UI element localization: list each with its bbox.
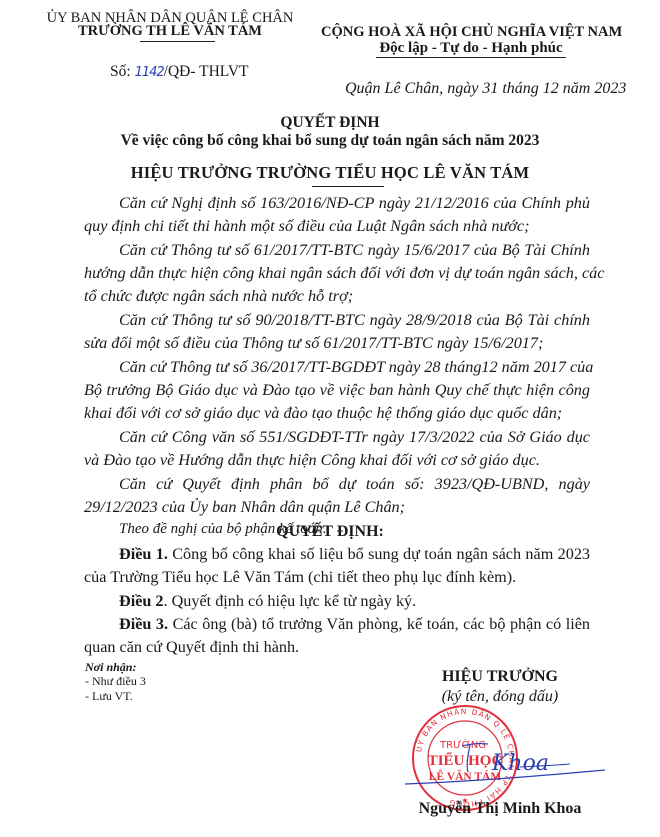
article-2: Điều 2. Quyết định có hiệu lực kể từ ngà… [119, 592, 416, 611]
header-right-underline [376, 57, 566, 58]
article-3-continued: quan căn cứ Quyết định thi hành. [84, 638, 299, 657]
basis-line: 29/12/2023 của Ủy ban Nhân dân quận Lê C… [84, 498, 405, 517]
signer-title: HIỆU TRƯỞNG [380, 668, 620, 686]
basis-line: hướng dẫn thực hiện công khai ngân sách … [84, 264, 590, 283]
handwritten-number: 1142 [135, 65, 164, 80]
article-text: Công bố công khai số liệu bổ sung dự toá… [168, 545, 590, 563]
document-number-suffix: /QĐ- THLVT [164, 63, 249, 80]
recipient-item: - Như điều 3 [85, 674, 146, 689]
handwritten-signature-icon: Khoa [400, 740, 610, 800]
article-text: . Quyết định có hiệu lực kể từ ngày ký. [164, 592, 417, 610]
article-label: Điều 3. [119, 615, 168, 633]
place-and-date: Quận Lê Chân, ngày 31 tháng 12 năm 2023 [345, 80, 626, 98]
document-subject: Về việc công bố công khai bổ sung dự toá… [0, 132, 660, 150]
signer-name: Nguyễn Thị Minh Khoa [380, 800, 620, 818]
article-label: Điều 1. [119, 545, 168, 563]
national-motto: Độc lập - Tự do - Hạnh phúc [321, 40, 621, 57]
basis-line: và Đào tạo về Hướng dẫn thực hiện Công k… [84, 451, 540, 470]
basis-line: Căn cứ Thông tư số 36/2017/TT-BGDĐT ngày… [119, 358, 590, 377]
basis-line: Bộ trưởng Bộ Giáo dục và Đào tạo về việc… [84, 381, 590, 400]
national-title: CỘNG HOÀ XÃ HỘI CHỦ NGHĨA VIỆT NAM [321, 24, 621, 41]
article-label: Điều 2 [119, 592, 164, 610]
basis-line: Căn cứ Nghị định số 163/2016/NĐ-CP ngày … [119, 194, 590, 213]
basis-line: sửa đổi một số điều của Thông tư số 61/2… [84, 334, 543, 353]
recipient-item: - Lưu VT. [85, 689, 133, 704]
issuing-position: HIỆU TRƯỞNG TRƯỜNG TIỂU HỌC LÊ VĂN TÁM [0, 163, 660, 183]
article-text: Các ông (bà) tổ trưởng Văn phòng, kế toá… [168, 615, 590, 633]
article-1: Điều 1. Công bố công khai số liệu bổ sun… [119, 545, 590, 564]
school-name: TRƯỜNG TH LÊ VĂN TÁM [40, 23, 300, 40]
document-number: Số: 1142/QĐ- THLVT [110, 63, 248, 81]
recipients-label: Nơi nhận: [85, 660, 136, 675]
basis-line: Căn cứ Công văn số 551/SGDĐT-TTr ngày 17… [119, 428, 590, 447]
signature-text: Khoa [491, 751, 549, 776]
document-title: QUYẾT ĐỊNH [0, 114, 660, 132]
document-number-prefix: Số: [110, 63, 135, 80]
basis-line: Căn cứ Thông tư số 90/2018/TT-BTC ngày 2… [119, 311, 590, 330]
basis-line: Căn cứ Thông tư số 61/2017/TT-BTC ngày 1… [119, 241, 590, 260]
basis-line: quy định chi tiết thi hành một số điều c… [84, 217, 530, 236]
basis-line: khai đối với cơ sở giáo dục và đào tạo t… [84, 404, 562, 423]
authority-underline [312, 186, 384, 187]
basis-line: Căn cứ Quyết định phân bổ dự toán số: 39… [119, 475, 590, 494]
header-left-underline [140, 41, 215, 42]
decision-heading: QUYẾT ĐỊNH: [0, 523, 660, 541]
article-1-continued: của Trường Tiểu học Lê Văn Tám (chi tiết… [84, 568, 516, 587]
article-3: Điều 3. Các ông (bà) tổ trưởng Văn phòng… [119, 615, 590, 634]
basis-line: tổ chức được ngân sách nhà nước hỗ trợ; [84, 287, 353, 306]
